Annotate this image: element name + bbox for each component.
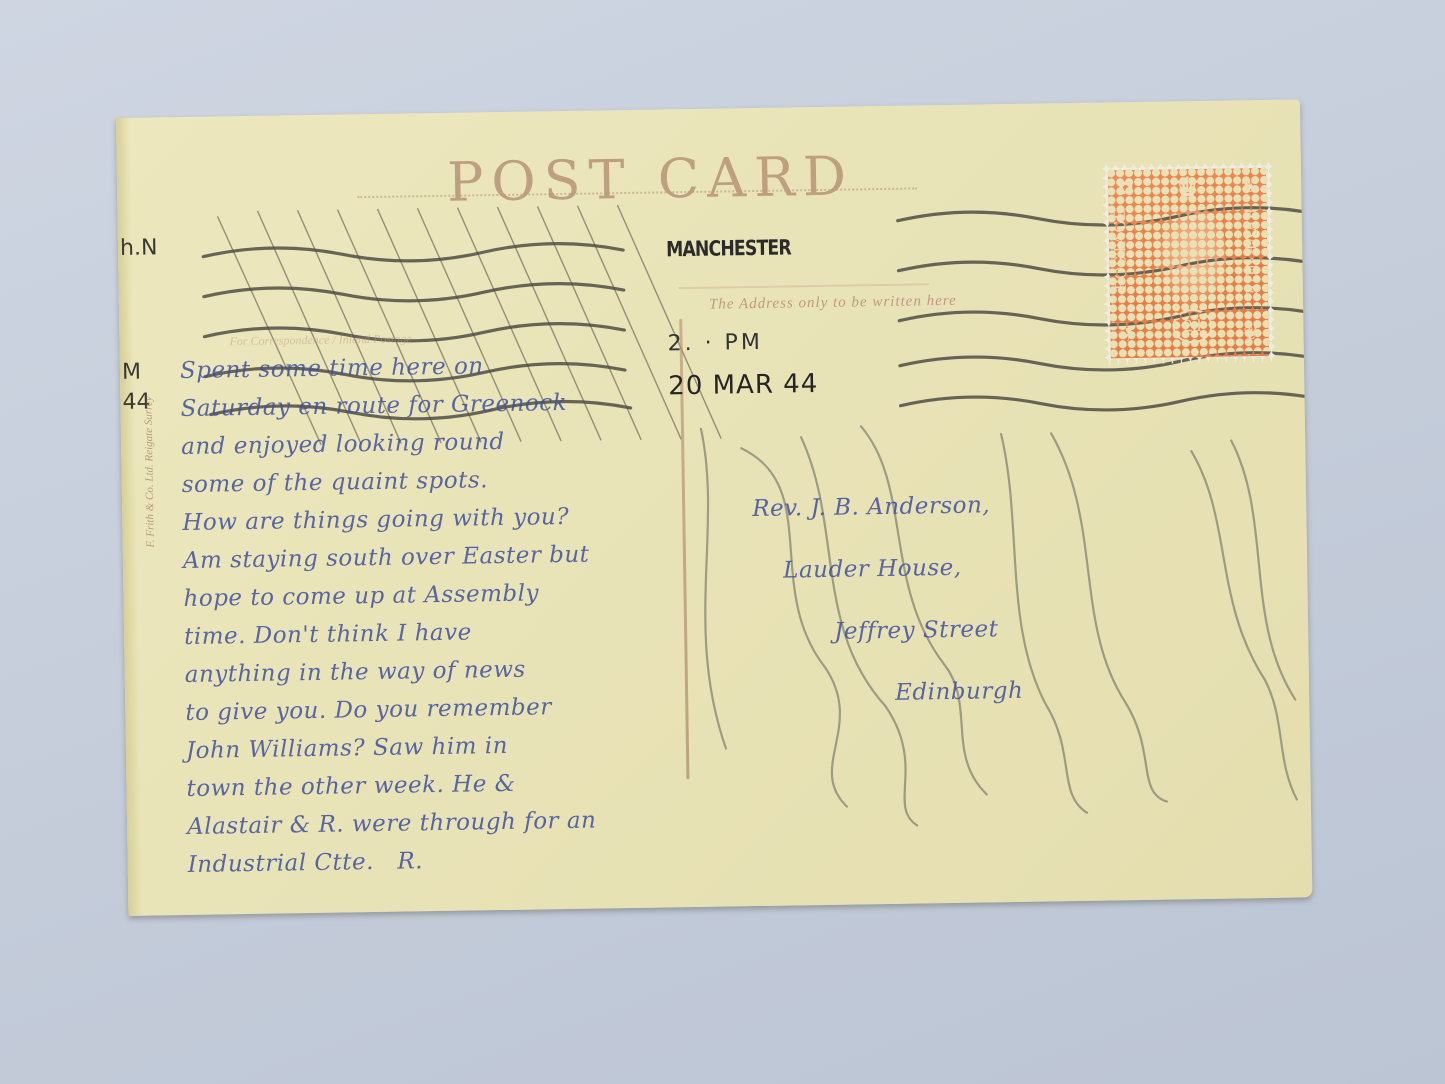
postcard-title: POST CARD bbox=[447, 144, 855, 213]
stamp-value: 2d bbox=[1172, 309, 1213, 344]
thistle-icon: ❦ bbox=[1241, 176, 1256, 197]
correspondence-note: For Correspondence / Inland Postage bbox=[229, 331, 411, 349]
shamrock-icon: ☘ bbox=[1120, 325, 1136, 346]
postmark-town: MANCHESTER bbox=[666, 235, 791, 261]
postcard: POST CARD MANCHESTER The Address only to… bbox=[116, 99, 1312, 915]
message-line: Industrial Ctte. R. bbox=[187, 839, 638, 884]
leek-icon: ❦ bbox=[1243, 323, 1258, 344]
signature: R. bbox=[397, 848, 423, 874]
handwritten-address: Rev. J. B. Anderson, Lauder House, Jeffr… bbox=[752, 474, 1024, 726]
postmark-time: 2. · PM bbox=[667, 330, 763, 356]
edge-mark-mid: M bbox=[122, 360, 141, 385]
message-line: Alastair & R. were through for an bbox=[187, 801, 638, 846]
stamp-revenue-text: REVENUE bbox=[1241, 208, 1260, 278]
postmark-date: 20 MAR 44 bbox=[668, 369, 818, 401]
postage-stamp: ♛ ✿ ❦ ☘ ❦ POSTAGE REVENUE 2d bbox=[1102, 162, 1275, 365]
message-line: Am staying south over Easter but bbox=[183, 535, 634, 580]
address-line: Jeffrey Street bbox=[834, 598, 1023, 663]
message-last-line: Industrial Ctte. bbox=[188, 849, 375, 878]
address-line: Edinburgh bbox=[895, 660, 1024, 724]
message-line: Saturday en route for Greenock bbox=[180, 383, 631, 428]
edge-mark-top: h.N bbox=[120, 235, 158, 261]
rose-icon: ✿ bbox=[1118, 178, 1133, 199]
king-portrait bbox=[1155, 209, 1227, 310]
address-line: Rev. J. B. Anderson, bbox=[752, 474, 1021, 540]
stamp-postage-text: POSTAGE bbox=[1111, 207, 1130, 290]
handwritten-message: Spent some time here on Saturday en rout… bbox=[180, 345, 638, 884]
printer-imprint: F. Frith & Co. Ltd. Reigate Surrey bbox=[142, 396, 156, 547]
address-line: Lauder House, bbox=[783, 536, 1022, 602]
crown-icon: ♛ bbox=[1164, 175, 1210, 204]
